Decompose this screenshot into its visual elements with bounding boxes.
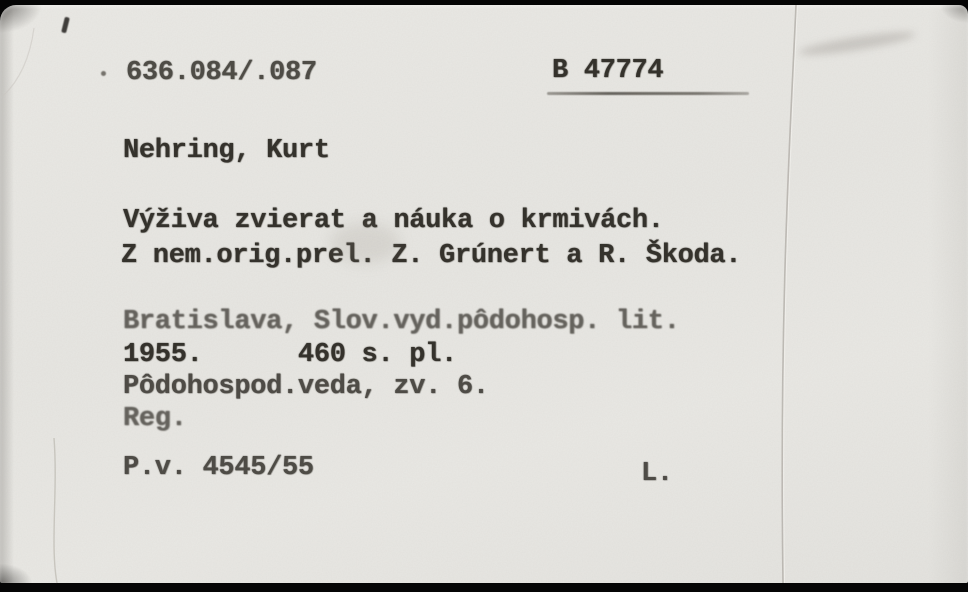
- author-heading: Nehring, Kurt: [123, 138, 330, 165]
- pen-tick-mark: [61, 17, 70, 34]
- imprint-place-publisher-line: Bratislava, Slov.vyd.pôdohosp. lit.: [123, 309, 680, 336]
- accession-number: P.v. 4545/55: [123, 455, 314, 482]
- paper-smudge: [330, 223, 400, 263]
- scanned-catalog-card: 636.084/.087 B 47774 Nehring, Kurt Výživ…: [0, 0, 968, 592]
- call-number-underline: [547, 92, 749, 95]
- translation-note-line: Z nem.orig.prel. Z. Grúnert a R. Škoda.: [121, 243, 741, 270]
- catalog-card-paper: 636.084/.087 B 47774 Nehring, Kurt Výživ…: [0, 5, 968, 583]
- call-number: B 47774: [552, 58, 663, 85]
- ink-smudge: [798, 28, 917, 59]
- udc-classification-number: 636.084/.087: [126, 60, 317, 87]
- imprint-year-pagination-line: 1955. 460 s. pl.: [123, 342, 457, 369]
- cataloguer-initial: L.: [641, 461, 673, 488]
- register-note: Reg.: [123, 406, 187, 433]
- series-statement-line: Pôdohospod.veda, zv. 6.: [123, 374, 489, 401]
- ink-dot-mark: [101, 71, 106, 76]
